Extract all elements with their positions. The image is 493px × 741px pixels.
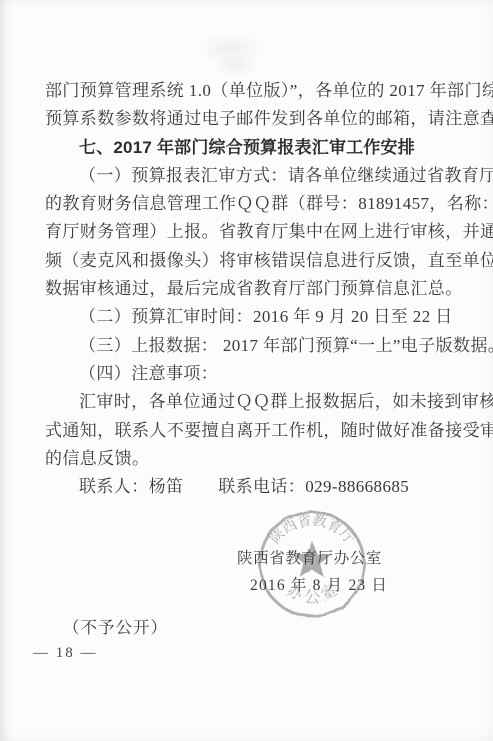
body-line: 部门预算管理系统 1.0（单位版）”，各单位的 2017 年部门综合	[45, 77, 459, 105]
body-line: 频（麦克风和摄像头）将审核错误信息进行反馈，直至单位报表	[45, 247, 459, 275]
body-line: 式通知，联系人不要擅自离开工作机，随时做好准备接受审核组	[45, 417, 459, 445]
body-line: 的信息反馈。	[45, 445, 459, 473]
body-line: 预算系数参数将通过电子邮件发到各单位的邮箱，请注意查收。	[45, 105, 459, 133]
body-line: （三）上报数据： 2017 年部门预算“一上”电子版数据。	[45, 332, 459, 360]
body-line: （四）注意事项：	[45, 360, 459, 388]
signature-date: 2016 年 8 月 23 日	[250, 573, 388, 595]
body-line: （一）预算报表汇审方式：请各单位继续通过省教育厅创建	[45, 162, 459, 190]
document-body: 部门预算管理系统 1.0（单位版）”，各单位的 2017 年部门综合预算系数参数…	[45, 77, 459, 501]
scanned-document-page: 部门预算管理系统 1.0（单位版）”，各单位的 2017 年部门综合预算系数参数…	[0, 0, 493, 741]
body-line: 七、2017 年部门综合预算报表汇审工作安排	[45, 134, 459, 162]
seal-arc-text: 陕西省教育厅	[267, 512, 357, 547]
classification-note: （不予公开）	[63, 614, 168, 638]
body-line: 的教育财务信息管理工作ＱＱ群（群号：81891457，名称：省教	[45, 190, 459, 218]
body-line: （二）预算汇审时间：2016 年 9 月 20 日至 22 日	[45, 303, 459, 331]
page-number: — 18 —	[33, 645, 98, 662]
body-line: 育厅财务管理）上报。省教育厅集中在网上进行审核，并通过视	[45, 218, 459, 246]
signature-organization: 陕西省教育厅办公室	[237, 546, 382, 568]
body-line: 汇审时，各单位通过ＱＱ群上报数据后，如未接到审核组正	[45, 388, 459, 416]
body-line: 数据审核通过，最后完成省教育厅部门预算信息汇总。	[45, 275, 459, 303]
scan-smudge	[195, 33, 265, 65]
scan-smudge	[212, 55, 260, 77]
